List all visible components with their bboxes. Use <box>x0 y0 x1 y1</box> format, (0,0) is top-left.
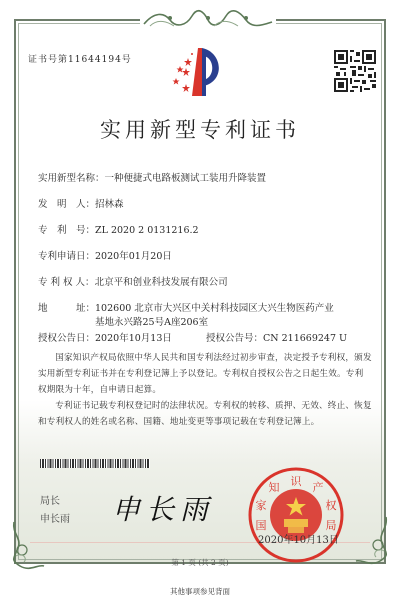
field-value: 2020年01月20日 <box>95 248 172 262</box>
top-ornament-icon <box>140 8 276 30</box>
barcode <box>40 459 150 468</box>
field-address: 地 址：102600 北京市大兴区中关村科技园区大兴生物医药产业 <box>38 300 334 314</box>
field-value: 一种便捷式电路板测试工装用升降装置 <box>105 170 267 184</box>
certificate-title: 实用新型专利证书 <box>0 114 400 144</box>
svg-text:权: 权 <box>326 498 337 512</box>
field-address-line2: 基地永兴路25号A座206室 <box>95 314 208 328</box>
field-value: CN 211669247 U <box>263 333 347 344</box>
field-application-date: 专利申请日：2020年01月20日 <box>38 248 172 262</box>
field-label: 授权公告号： <box>206 330 263 344</box>
field-value: 2020年10月13日 <box>95 330 172 344</box>
field-label: 实用新型名称： <box>38 170 105 184</box>
field-label: 授权公告日： <box>38 330 95 344</box>
official-seal-icon: 识 知 产 家 权 国 局 <box>246 465 346 565</box>
qr-code[interactable] <box>334 50 376 92</box>
page-indicator: 第 1 页 (共 2 页) <box>0 557 400 568</box>
field-value: 招林森 <box>95 196 124 210</box>
field-label: 专利申请日： <box>38 248 95 262</box>
field-grant-date: 授权公告日：2020年10月13日 <box>38 330 172 344</box>
director-signature: 申长雨 <box>112 488 214 528</box>
director-title: 局长 <box>40 492 60 507</box>
certificate-number: 证书号第11644194号 <box>28 52 132 65</box>
svg-text:产: 产 <box>313 480 324 494</box>
field-label: 专 利 权 人： <box>38 274 95 288</box>
field-inventor: 发 明 人：招林森 <box>38 196 124 210</box>
director-name: 申长雨 <box>40 510 70 525</box>
field-patent-number: 专 利 号：ZL 2020 2 0131216.2 <box>38 222 199 236</box>
field-value: 102600 北京市大兴区中关村科技园区大兴生物医药产业 <box>95 300 334 314</box>
footer-note: 其他事项参见背面 <box>0 586 400 597</box>
field-utility-model-name: 实用新型名称：一种便捷式电路板测试工装用升降装置 <box>38 170 266 184</box>
field-value: 基地永兴路25号A座206室 <box>95 314 208 328</box>
field-grant-number: 授权公告号：CN 211669247 U <box>206 330 347 344</box>
seal-date: 2020年10月13日 <box>258 531 339 546</box>
svg-text:识: 识 <box>291 475 303 488</box>
legal-status-paragraph: 专利证书记载专利权登记时的法律状况。专利权的转移、质押、无效、终止、恢复和专利权… <box>38 398 372 430</box>
field-value: 北京平和创业科技发展有限公司 <box>95 274 228 288</box>
field-label: 专 利 号： <box>38 222 95 236</box>
svg-text:家: 家 <box>256 498 267 512</box>
field-label: 地 址： <box>38 300 95 314</box>
field-label: 发 明 人： <box>38 196 95 210</box>
svg-text:知: 知 <box>269 481 280 494</box>
grant-statement-paragraph: 国家知识产权局依照中华人民共和国专利法经过初步审查，决定授予专利权，颁发实用新型… <box>38 350 372 398</box>
field-patentee: 专 利 权 人：北京平和创业科技发展有限公司 <box>38 274 228 288</box>
cnipa-logo-icon <box>172 46 222 98</box>
field-value: ZL 2020 2 0131216.2 <box>95 225 199 236</box>
